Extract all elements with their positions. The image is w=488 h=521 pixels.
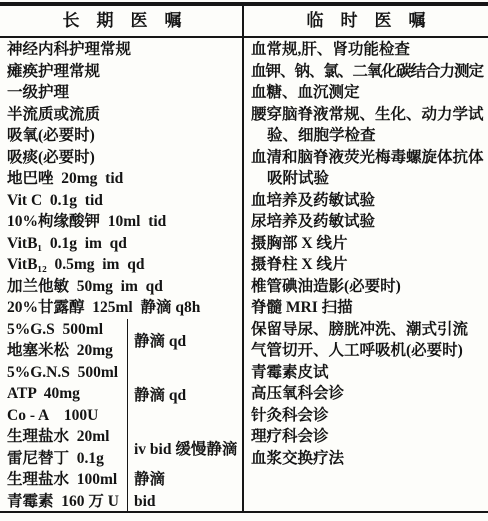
order-row: 血钾、钠、氯、二氧化碳结合力测定	[251, 61, 488, 83]
top-rule	[0, 2, 488, 6]
order-row: 高压氧科会诊	[251, 383, 488, 405]
order-row-continuation: 验、细胞学检查	[251, 125, 488, 147]
order-row: 摄胸部 X 线片	[251, 233, 488, 255]
order-row-continuation: 吸附试验	[251, 168, 488, 190]
order-row: 血糖、血沉测定	[251, 82, 488, 104]
order-row: 保留导尿、膀胱冲洗、潮式引流	[251, 319, 488, 341]
group-drug-lines: 生理盐水 20ml 雷尼替丁 0.1g	[7, 426, 128, 469]
long-term-orders-column: 神经内科护理常规 瘫痪护理常规 一级护理 半流质或流质 吸氧(必要时) 吸痰(必…	[0, 39, 244, 512]
group-drug-lines: 5%G.N.S 500ml ATP 40mg Co - A 100U	[7, 362, 128, 427]
order-row: 一级护理	[7, 82, 244, 104]
group-route-label-line: bid	[134, 491, 165, 513]
order-row: 瘫痪护理常规	[7, 61, 244, 83]
order-row: 针灸科会诊	[251, 405, 488, 427]
long-term-orders-header: 长 期 医 嘱	[0, 7, 244, 35]
order-row: 吸痰(必要时)	[7, 147, 244, 169]
order-row: Vit C 0.1g tid	[7, 190, 244, 212]
order-row: 血浆交换疗法	[251, 448, 488, 470]
order-row: 椎管碘油造影(必要时)	[251, 276, 488, 298]
group-line: 生理盐水 100ml	[7, 469, 125, 491]
temporary-orders-header: 临 时 医 嘱	[244, 7, 488, 35]
order-row: 血清和脑脊液荧光梅毒螺旋体抗体	[251, 147, 488, 169]
group-line: Co - A 100U	[7, 405, 125, 427]
iv-order-group: 5%G.S 500ml 地塞米松 20mg 静滴 qd	[7, 319, 244, 362]
group-route-label: 静滴 qd	[128, 329, 186, 351]
group-route-label: 静滴 qd	[128, 383, 186, 405]
order-row: 10%枸缘酸钾 10ml tid	[7, 211, 244, 233]
iv-order-group: 生理盐水 100ml 青霉素 160 万 U 静滴 bid	[7, 469, 244, 512]
iv-order-group: 5%G.N.S 500ml ATP 40mg Co - A 100U 静滴 qd	[7, 362, 244, 427]
table-header-row: 长 期 医 嘱 临 时 医 嘱	[0, 7, 488, 35]
order-row: 摄脊柱 X 线片	[251, 254, 488, 276]
order-row: 神经内科护理常规	[7, 39, 244, 61]
order-row: 血培养及药敏试验	[251, 190, 488, 212]
order-row: 血常规,肝、肾功能检查	[251, 39, 488, 61]
order-row: 腰穿脑脊液常规、生化、动力学试	[251, 104, 488, 126]
order-row: 理疗科会诊	[251, 426, 488, 448]
group-drug-lines: 5%G.S 500ml 地塞米松 20mg	[7, 319, 128, 362]
group-line: 雷尼替丁 0.1g	[7, 448, 125, 470]
group-line: ATP 40mg	[7, 383, 125, 405]
order-row: 半流质或流质	[7, 104, 244, 126]
group-line: 5%G.N.S 500ml	[7, 362, 125, 384]
medical-orders-page: 长 期 医 嘱 临 时 医 嘱 神经内科护理常规 瘫痪护理常规 一级护理 半流质…	[0, 0, 488, 521]
order-row: 尿培养及药敏试验	[251, 211, 488, 233]
order-row: 加兰他敏 50mg im qd	[7, 276, 244, 298]
group-route-label: iv bid 缓慢静滴	[128, 437, 237, 459]
table-body: 神经内科护理常规 瘫痪护理常规 一级护理 半流质或流质 吸氧(必要时) 吸痰(必…	[0, 39, 488, 512]
iv-order-group: 生理盐水 20ml 雷尼替丁 0.1g iv bid 缓慢静滴	[7, 426, 244, 469]
order-row: 吸氧(必要时)	[7, 125, 244, 147]
order-row: 脊髓 MRI 扫描	[251, 297, 488, 319]
header-divider-rule	[0, 36, 488, 38]
order-row: 地巴唑 20mg tid	[7, 168, 244, 190]
order-row: 20%甘露醇 125ml 静滴 q8h	[7, 297, 244, 319]
temporary-orders-column: 血常规,肝、肾功能检查 血钾、钠、氯、二氧化碳结合力测定 血糖、血沉测定 腰穿脑…	[244, 39, 488, 512]
order-row: 青霉素皮试	[251, 362, 488, 384]
group-line: 5%G.S 500ml	[7, 319, 125, 341]
group-route-label: 静滴 bid	[128, 469, 165, 512]
order-row: VitB₁ 0.1g im qd	[7, 233, 244, 255]
group-line: 生理盐水 20ml	[7, 426, 125, 448]
order-row: VitB₁₂ 0.5mg im qd	[7, 254, 244, 276]
group-line: 地塞米松 20mg	[7, 340, 125, 362]
group-route-label-line: 静滴	[134, 469, 165, 491]
order-row: 气管切开、人工呼吸机(必要时)	[251, 340, 488, 362]
group-drug-lines: 生理盐水 100ml 青霉素 160 万 U	[7, 469, 128, 512]
group-line: 青霉素 160 万 U	[7, 491, 125, 513]
